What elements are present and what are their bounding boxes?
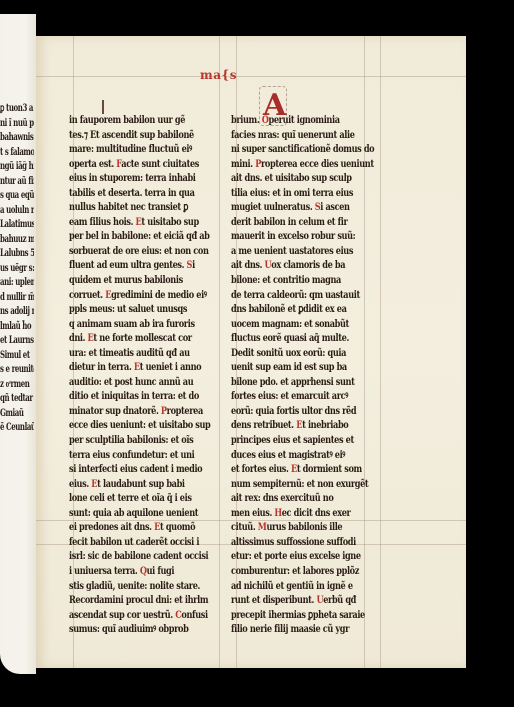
text-line: a uoluln mo (0, 204, 24, 219)
text-line: z oͤrmen (0, 378, 24, 393)
text-line: etur: et porte eius excelse igne (231, 549, 345, 564)
text-line: fluctus eorẽ quasi aq̃ multe. (231, 331, 345, 346)
text-line: qñ tedtar (0, 392, 24, 407)
text-line: tilia eius: et in omi terra eius (231, 186, 345, 201)
text-line: Lalubns 5 (0, 247, 24, 262)
text-line: Recordamini procul dni: et ihrlm (69, 593, 183, 608)
text-line: Gmiaũ (0, 407, 24, 422)
text-line: duces eius et magistratꝰ eiꝰ (231, 448, 345, 463)
text-line: a me uenient uastatores eius (231, 244, 345, 259)
running-head: ma{s (200, 68, 237, 82)
text-line: nullus habitet nec transiet ꝑ (69, 200, 183, 215)
text-line: corruet. Egredimini de medio eiꝰ (69, 288, 183, 303)
text-line: isrl: sic de babilone cadent occisi (69, 549, 183, 564)
text-line: per bel in babilone: et eiciã qđ ab (69, 229, 183, 244)
text-line: sunt: quia ab aquilone uenient (69, 506, 183, 521)
text-line: brium. Operuit ignominia (231, 113, 345, 128)
text-line: uocem magnam: et sonabũt (231, 317, 345, 332)
text-line: facies nras: quĩ uenerunt alie (231, 128, 345, 143)
text-line: d nullir m̃gnz (0, 291, 24, 306)
text-line: mare: multitudine fluctuũ eiꝰ (69, 142, 183, 157)
text-line: Simul et (0, 349, 24, 364)
text-line: si interfecti eius cadent i medio (69, 462, 183, 477)
left-page: ꝑ tuon3 a Lswni ĩ nuũ potmbahawnis tut s… (0, 14, 36, 674)
text-line: ecce dies ueniunt: et uisitabo sup (69, 418, 183, 433)
text-line: ngũ iãĝ hm lie (0, 160, 24, 175)
text-line: de terra caldeorũ: qm uastauit (231, 288, 345, 303)
text-line: eius. Et laudabunt sup babi (69, 477, 183, 492)
paragraph-mark (102, 100, 104, 114)
text-line: comburentur: et labores pplõz (231, 564, 345, 579)
text-line: tabilis et deserta. terra in qua (69, 186, 183, 201)
text-column-right: brium. Operuit ignominiafacies nras: quĩ… (231, 113, 377, 637)
text-line: minator sup dnatorẽ. Propterea (69, 404, 183, 419)
text-line: bahawnis tu (0, 131, 24, 146)
text-line: q animam suam ab ira furoris (69, 317, 183, 332)
text-line: fecit babilon ut caderẽt occisi i (69, 535, 183, 550)
text-line: principes eius et sapientes et (231, 433, 345, 448)
text-line: ꝑ tuon3 a Lsw (0, 102, 24, 117)
text-line: eam filius hois. Et uisitabo sup (69, 215, 183, 230)
text-line: dens retribuet. Et inebriabo (231, 418, 345, 433)
text-line: ait rex: dns exercituũ no (231, 491, 345, 506)
text-line: bilone: et contritio magna (231, 273, 345, 288)
right-page: ma{s A in fauporem babilon uur gẽtes.⁊ E… (36, 36, 466, 668)
text-line: ura: et timeatis auditũ qđ au (69, 346, 183, 361)
text-line: ni super sanctificationẽ domus do (231, 142, 345, 157)
text-line: dietur in terra. Et ueniet i anno (69, 360, 183, 375)
text-line: ditio et iniquitas in terra: et do (69, 389, 183, 404)
left-page-text: ꝑ tuon3 a Lswni ĩ nuũ potmbahawnis tut s… (0, 102, 34, 582)
text-line: ait dns. et uisitabo sup sculp (231, 171, 345, 186)
text-line: mini. Propterea ecce dies ueniunt (231, 157, 345, 172)
ruling-line (36, 76, 466, 77)
text-line: s e reunite (0, 363, 24, 378)
text-line: mauerit in excelso robur suũ: (231, 229, 345, 244)
text-line: men eius. Hec dicit dns exer (231, 506, 345, 521)
text-line: runt et disperibunt. Uerbũ qđ (231, 593, 345, 608)
text-line: num sempiternũ: et non exurgẽt (231, 477, 345, 492)
text-line: ait dns. Uox clamoris de ba (231, 258, 345, 273)
text-line: Dedit sonitũ uox eorũ: quia (231, 346, 345, 361)
text-line: ẽ Ceunlaũ (0, 421, 24, 436)
text-line: dns babilonẽ et ꝑdidit ex ea (231, 302, 345, 317)
text-line: stis gladiũ, uenite: nolite stare. (69, 579, 183, 594)
text-line: quidem et murus babilonis (69, 273, 183, 288)
text-line: dni. Et ne forte mollescat cor (69, 331, 183, 346)
text-line: operta est. Facte sunt ciuitates (69, 157, 183, 172)
text-line: sorbuerat de ore eius: et non con (69, 244, 183, 259)
text-line: lmlaũ h̃o (0, 320, 24, 335)
text-line: terra eius confundetur: et uni (69, 448, 183, 463)
text-line: uenit sup eam id est sup ba (231, 360, 345, 375)
text-line: ascendat sup cor uestrũ. Confusi (69, 608, 183, 623)
text-line: Lalatimus: ta (0, 218, 24, 233)
text-line: ppls meus: ut saluet unusqs (69, 302, 183, 317)
text-line: us uẽgr s:sho (0, 262, 24, 277)
text-line: bahuuz mun (0, 233, 24, 248)
text-line: bilone pdo. et apprhensi sunt (231, 375, 345, 390)
ruling-line (380, 36, 381, 668)
text-line: in fauporem babilon uur gẽ (69, 113, 183, 128)
text-line: cituũ. Murus babilonis ille (231, 520, 345, 535)
text-line: precepit ihermias ꝑpheta saraie (231, 608, 345, 623)
text-line: filio nerie filij maasie cũ ygr (231, 622, 345, 637)
text-line: ad nichilũ et gentiũ in ignẽ e (231, 579, 345, 594)
text-line: ns adolij m (0, 305, 24, 320)
text-line: ei predones ait dns. Et quomõ (69, 520, 183, 535)
ruling-line (219, 36, 220, 668)
text-line: et Laurns (0, 334, 24, 349)
text-line: ani: uplemn (0, 276, 24, 291)
text-line: fluent ad eum ultra gentes. Si (69, 258, 183, 273)
text-line: t s falamos ũn (0, 146, 24, 161)
text-line: i uniuersa terra. Qui fugi (69, 564, 183, 579)
text-line: lone celi et terre et oĩa q̃ i eis (69, 491, 183, 506)
text-line: auditio: et post hunc annũ au (69, 375, 183, 390)
text-line: et fortes eius. Et dormient som (231, 462, 345, 477)
text-line: sumus: quĩ audiuimꝰ obprob (69, 622, 183, 637)
text-line: derit babilon in celum et fir (231, 215, 345, 230)
text-line: per sculptilia babilonis: et oĩs (69, 433, 183, 448)
text-line: mugiet uulneratus. Si ascen (231, 200, 345, 215)
text-column-left: in fauporem babilon uur gẽtes.⁊ Et ascen… (69, 113, 215, 637)
text-line: ni ĩ nuũ potm (0, 117, 24, 132)
text-line: altissimus suffossione suffodi (231, 535, 345, 550)
text-line: ntur aũ finds (0, 175, 24, 190)
text-line: fortes eius: et emarcuit arcꝰ (231, 389, 345, 404)
text-line: s qua eqũnt (0, 189, 24, 204)
text-line: eorũ: quia fortis ultor dns rẽd (231, 404, 345, 419)
text-line: eius in stuporem: terra inhabi (69, 171, 183, 186)
text-line: tes.⁊ Et ascendit sup babilonẽ (69, 128, 183, 143)
